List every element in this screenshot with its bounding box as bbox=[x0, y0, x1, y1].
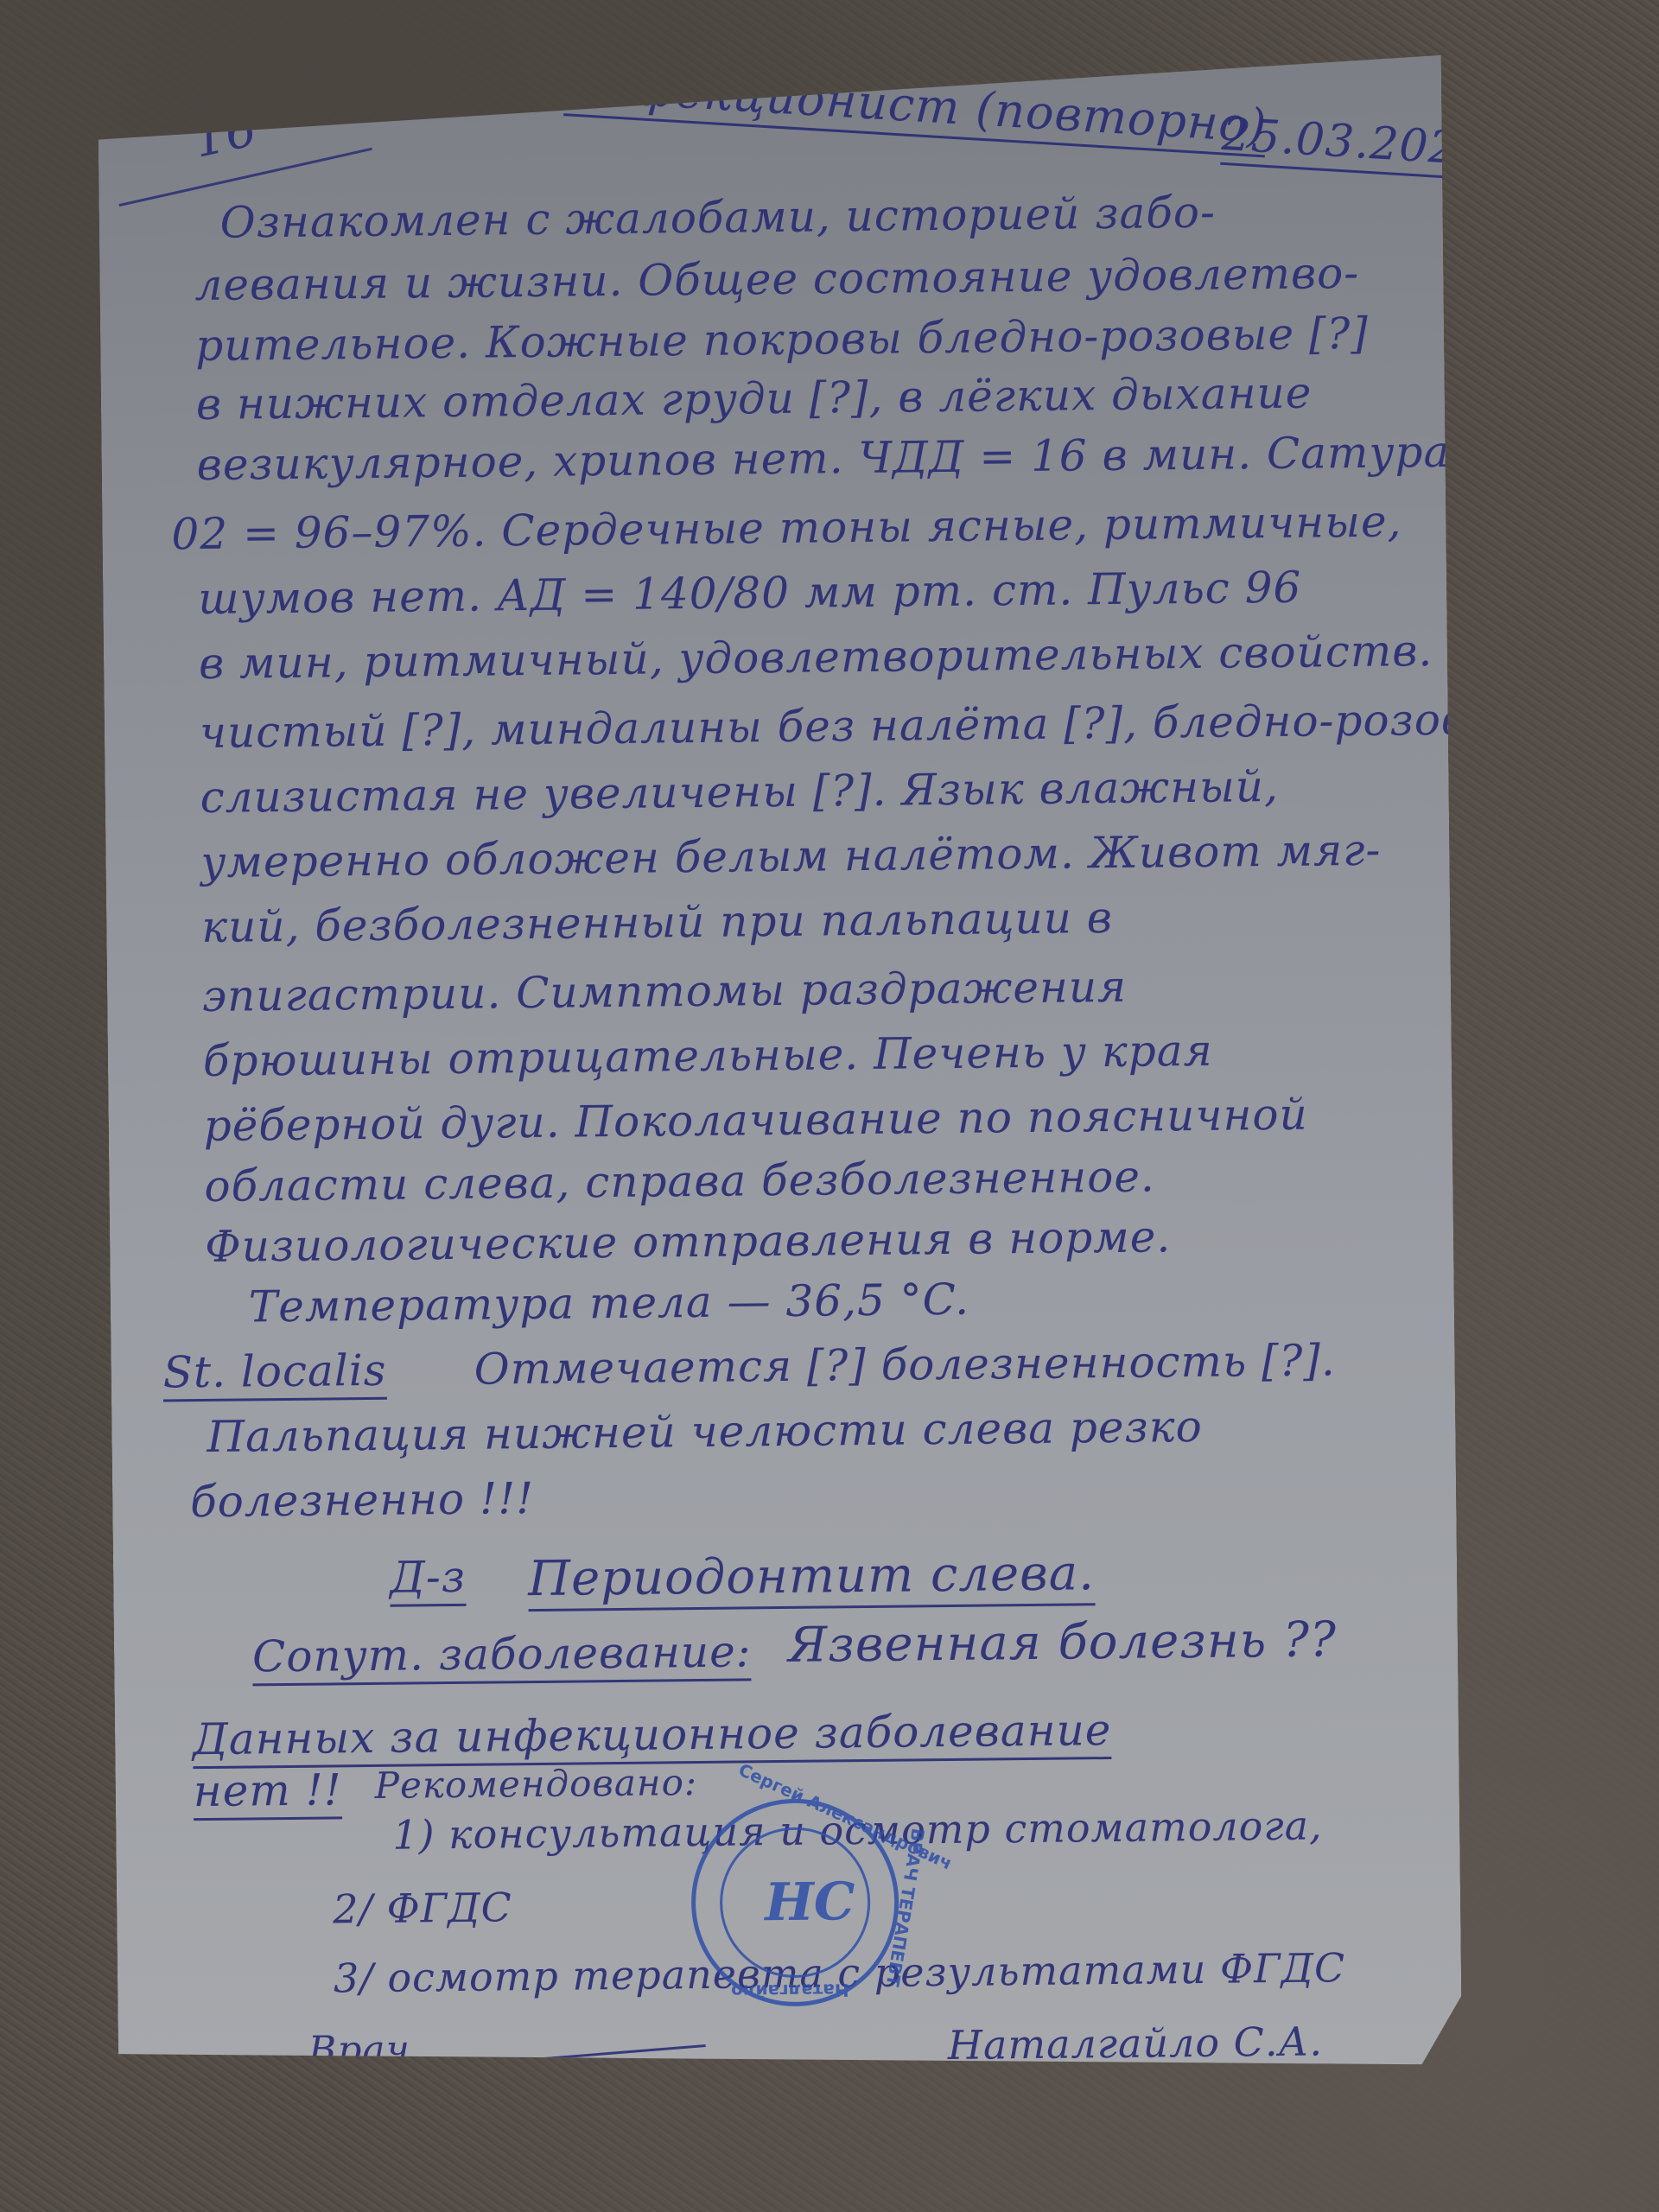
note-title: Инфекционист (повторно) bbox=[563, 57, 1268, 157]
body-line: эпигастрии. Симптомы раздражения bbox=[202, 962, 1128, 1021]
status-localis-section: St. localis Отмечается [?] болезненность… bbox=[98, 55, 1441, 69]
stamp-monogram: НС bbox=[765, 1872, 855, 1933]
conclusion-line: нет !! bbox=[193, 1764, 342, 1821]
diagnosis-label: Д-з bbox=[390, 1552, 466, 1607]
body-line: области слева, справа безболезненное. bbox=[204, 1151, 1155, 1211]
body-line: кий, безболезненный при пальпации в bbox=[201, 893, 1113, 952]
conclusion-section: Данных за инфекционное заболевание нет !… bbox=[98, 55, 1441, 69]
body-line: умеренно обложен белым налётом. Живот мя… bbox=[200, 825, 1381, 887]
body-line: Физиологические отправления в норме. bbox=[205, 1211, 1172, 1272]
status-localis-text: Отмечается [?] болезненность [?]. bbox=[474, 1335, 1336, 1394]
body-line: Ознакомлен с жалобами, историей забо- bbox=[219, 188, 1216, 248]
body-line: брюшины отрицательные. Печень у края bbox=[203, 1026, 1213, 1086]
signature-scribble bbox=[533, 2044, 706, 2061]
body-line: слизистая не увеличены [?]. Язык влажный… bbox=[200, 761, 1279, 823]
signature-name: Наталгайло С.А. bbox=[948, 2018, 1324, 2069]
signature-label: Врач bbox=[308, 2028, 411, 2073]
recommendation-item: 2/ ФГДС bbox=[333, 1884, 512, 1932]
examination-body: Ознакомлен с жалобами, историей забо- ле… bbox=[98, 55, 1441, 69]
body-line: в нижних отделах груди [?], в лёгких дых… bbox=[196, 368, 1313, 430]
body-line: чистый [?], миндалины без налёта [?], бл… bbox=[200, 693, 1619, 758]
body-line: левания и жизни. Общее состояние удовлет… bbox=[194, 248, 1359, 310]
conclusion-line: Данных за инфекционное заболевание bbox=[193, 1705, 1112, 1769]
body-line: в мин, ритмичный, удовлетворительных сво… bbox=[199, 625, 1528, 689]
visit-time: 16⁰⁰ bbox=[188, 92, 302, 169]
comorbidity-text: Язвенная болезнь ?? bbox=[788, 1611, 1338, 1674]
body-line: рительное. Кожные покровы бледно-розовые… bbox=[195, 308, 1369, 371]
comorbidity-label: Сопут. заболевание: bbox=[252, 1626, 752, 1686]
body-line: Температура тела — 36,5 °C. bbox=[249, 1274, 970, 1332]
body-line: везикулярное, хрипов нет. ЧДД = 16 в мин… bbox=[196, 426, 1539, 490]
body-line: рёберной дуги. Поколачивание по поясничн… bbox=[203, 1090, 1308, 1151]
diagnosis-text: Периодонтит слева. bbox=[528, 1545, 1095, 1611]
signature-section: Врач Наталгайло С.А. bbox=[98, 55, 1441, 69]
note-date: 25.03.2026 bbox=[1220, 109, 1489, 181]
diagnosis-section: Д-з Периодонтит слева. bbox=[98, 55, 1441, 69]
stamp-surname-text: Наталгайло bbox=[731, 1980, 849, 2001]
status-localis-line: болезненно !!! bbox=[190, 1473, 535, 1527]
paper-sheet: 16⁰⁰ Инфекционист (повторно) 25.03.2026 … bbox=[98, 55, 1462, 2078]
status-localis-line: Пальпация нижней челюсти слева резко bbox=[207, 1402, 1203, 1462]
comorbidity-section: Сопут. заболевание: Язвенная болезнь ?? bbox=[98, 55, 1441, 69]
body-line: 02 = 96–97%. Сердечные тоны ясные, ритми… bbox=[171, 496, 1402, 559]
status-localis-label: St. localis bbox=[162, 1345, 386, 1402]
body-line: шумов нет. АД = 140/80 мм рт. ст. Пульс … bbox=[198, 563, 1302, 624]
recommendations-label: Рекомендовано: bbox=[374, 1761, 697, 1807]
